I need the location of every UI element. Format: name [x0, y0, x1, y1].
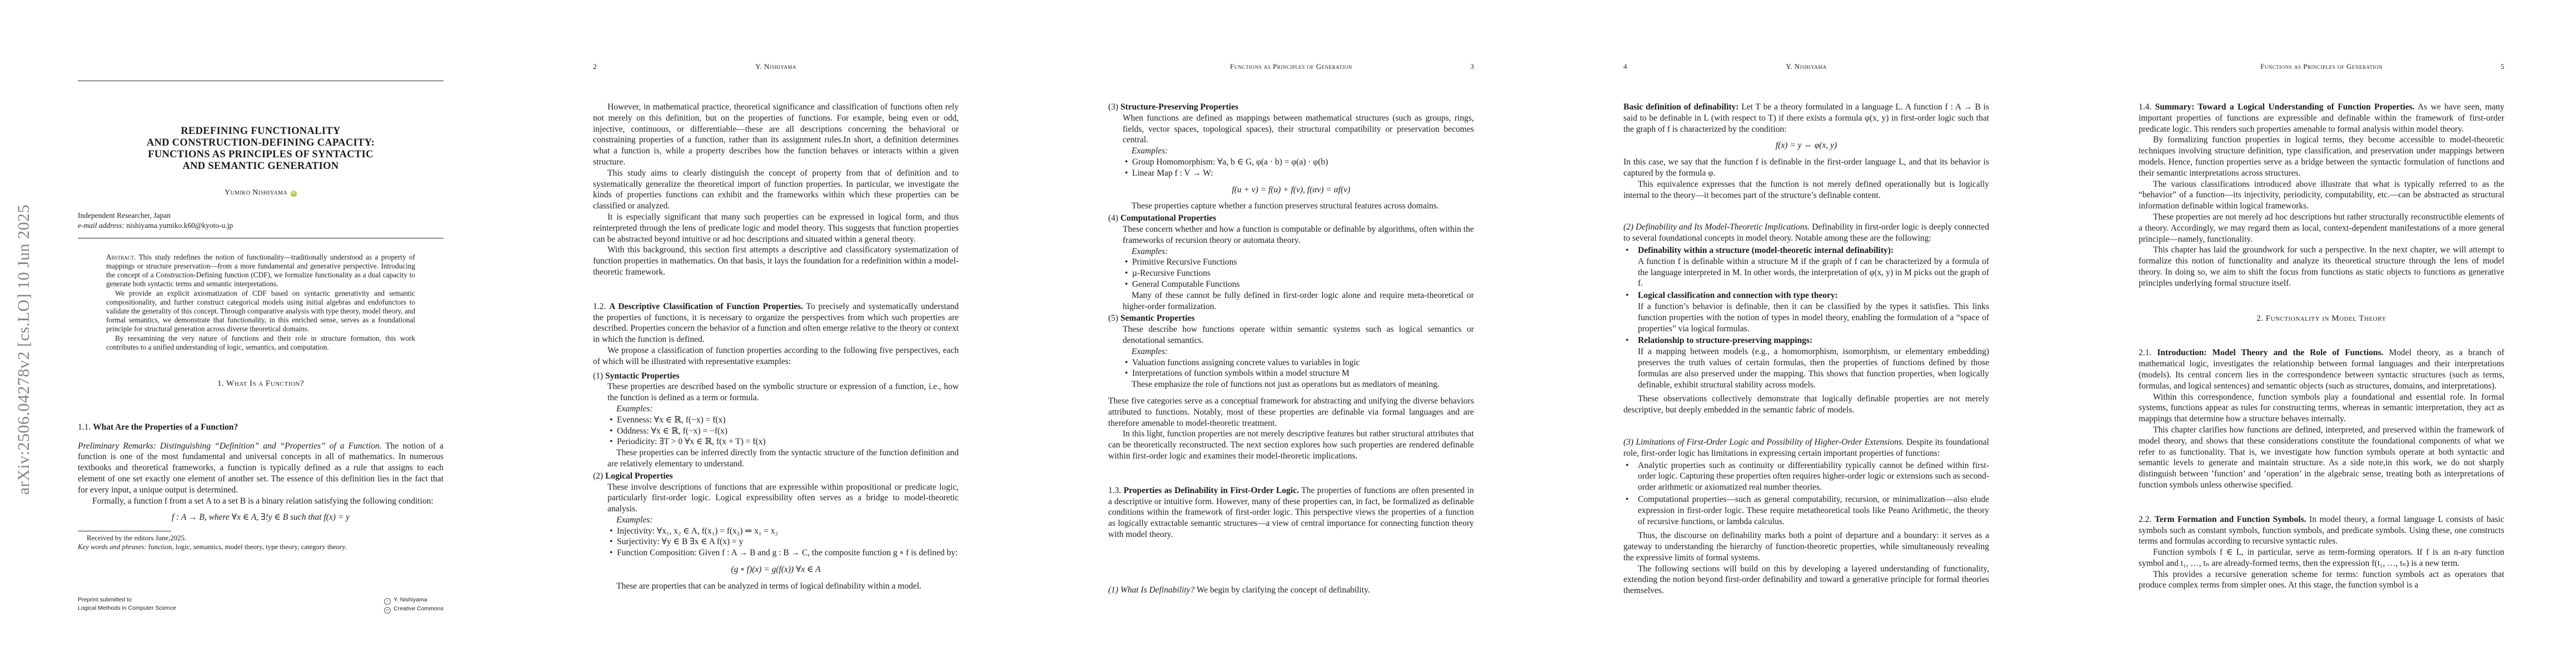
paragraph-lead: (3) Limitations of First-Order Logic and… [1623, 437, 1904, 447]
bullet-item: •Valuation functions assigning concrete … [1125, 357, 1474, 369]
bullet-item: •Computational properties—such as genera… [1626, 494, 1989, 527]
abstract-paragraph: We provide an explicit axiomatization of… [106, 289, 415, 334]
list-item-note: These properties can be inferred directl… [607, 447, 959, 470]
subsection-title: A Descriptive Classification of Function… [609, 302, 803, 311]
subsection-title: Introduction: Model Theory and the Role … [2157, 348, 2383, 357]
paragraph: This study aims to clearly distinguish t… [593, 168, 959, 212]
display-formula: (g ∘ f)(x) = g(f(x)) ∀x ∈ A [593, 564, 959, 575]
page-header: Functions as Principles of Generation5 [2139, 62, 2504, 72]
subsection-heading-paragraph: 2.2. Term Formation and Function Symbols… [2139, 514, 2504, 547]
section-heading: 1. What Is a Function? [78, 379, 444, 390]
bullet-text: If a function’s behavior is definable, t… [1638, 301, 1989, 334]
bullet-item: •Relationship to structure-preserving ma… [1626, 335, 1989, 390]
page-body: Basic definition of definability: Let T … [1623, 102, 1989, 596]
paper-title-line: REDEFINING FUNCTIONALITY [78, 126, 444, 137]
bullet-icon: • [1626, 290, 1628, 301]
running-head: Y. Nishiyama [1623, 62, 1989, 71]
subsubsection-paragraph: (3) Limitations of First-Order Logic and… [1623, 437, 1989, 459]
subsection-heading-paragraph: 1.4. Summary: Toward a Logical Understan… [2139, 102, 2504, 135]
bullet-text: µ-Recursive Functions [1132, 268, 1210, 278]
bullet-text: Surjectivity: ∀y ∈ B ∃x ∈ A f(x) = y [617, 537, 743, 546]
footer-left-line: Preprint submitted to [78, 596, 176, 604]
paragraph: In this case, we say that the function f… [1623, 157, 1989, 179]
examples-label: Examples: [1132, 346, 1474, 357]
page-3: Functions as Principles of Generation3(3… [1030, 0, 1546, 667]
paper-title: REDEFINING FUNCTIONALITYAND CONSTRUCTION… [78, 126, 444, 172]
bullet-icon: • [1125, 157, 1128, 168]
subsection-title: Term Formation and Function Symbols. [2155, 515, 2306, 524]
bullet-icon: • [1125, 257, 1128, 268]
bullet-item: •Linear Map f : V → W: [1125, 168, 1474, 179]
footer-left: Preprint submitted toLogical Methods in … [78, 596, 176, 613]
paragraph: Within this correspondence, function sym… [2139, 392, 2504, 425]
page-header: 2Y. Nishiyama [593, 62, 959, 72]
author-email: e-mail address: nishiyama.yumiko.k60@kyo… [78, 221, 444, 230]
bullet-icon: • [1125, 268, 1128, 279]
bullet-text: A function f is definable within a struc… [1638, 256, 1989, 289]
bullet-icon: • [1125, 357, 1128, 369]
paragraph: These properties are not merely ad hoc d… [2139, 212, 2504, 245]
list-item-heading: (1) Syntactic Properties [593, 371, 959, 382]
list-item-body: These properties are described based on … [607, 381, 959, 404]
document-canvas: REDEFINING FUNCTIONALITYAND CONSTRUCTION… [0, 0, 2576, 667]
display-formula: f(u + v) = f(u) + f(v), f(αv) = αf(v) [1108, 185, 1474, 196]
page-number: 5 [2501, 62, 2505, 71]
paragraph: With this background, this section first… [593, 245, 959, 277]
list-item-heading: (5) Semantic Properties [1108, 313, 1474, 324]
footer-left-line: Logical Methods in Computer Science [78, 604, 176, 613]
bullet-item: •Periodicity: ∃T > 0 ∀x ∈ ℝ, f(x + T) = … [610, 436, 959, 447]
bullet-icon: • [1626, 494, 1628, 505]
page-4: 4Y. NishiyamaBasic definition of definab… [1546, 0, 2061, 667]
list-item-note: Many of these cannot be fully defined in… [1123, 290, 1474, 312]
bullet-icon: • [1125, 368, 1128, 379]
bullet-item: •µ-Recursive Functions [1125, 268, 1474, 279]
examples-label: Examples: [1132, 146, 1474, 157]
bullet-icon: • [1626, 335, 1628, 346]
subsubsection-paragraph: (2) Definability and Its Model-Theoretic… [1623, 222, 1989, 244]
bullet-text: Group Homomorphism: ∀a, b ∈ G, φ(a · b) … [1132, 157, 1328, 167]
cc-icon: cc [384, 607, 391, 614]
paper-title-line: AND SEMANTIC GENERATION [78, 161, 444, 172]
bullet-item: •Analytic properties such as continuity … [1626, 460, 1989, 493]
running-head: Y. Nishiyama [593, 62, 959, 71]
paragraph: This equivalence expresses that the func… [1623, 179, 1989, 201]
bullet-text: Periodicity: ∃T > 0 ∀x ∈ ℝ, f(x + T) = f… [617, 437, 766, 446]
examples-label: Examples: [616, 515, 959, 526]
page-number: 3 [1471, 62, 1474, 71]
paragraph: This provides a recursive generation sch… [2139, 569, 2504, 591]
paragraph: These five categories serve as a concept… [1108, 396, 1474, 429]
bullet-item: •Logical classification and connection w… [1626, 290, 1989, 334]
list-item-title: Syntactic Properties [605, 371, 680, 381]
page-5: Functions as Principles of Generation51.… [2061, 0, 2576, 667]
list-item-title: Logical Properties [605, 471, 673, 481]
footnote-line: Received by the editors June,2025. [78, 534, 444, 542]
list-item-number: (4) [1108, 213, 1120, 223]
paragraph: Formally, a function f from a set A to a… [78, 496, 444, 507]
subsection-number: 1.2. [593, 302, 609, 311]
page-2: 2Y. NishiyamaHowever, in mathematical pr… [515, 0, 1030, 667]
paragraph: It is especially significant that many s… [593, 212, 959, 245]
subsection-number: 1.1. [78, 422, 93, 432]
bullet-text: If a mapping between models (e.g., a hom… [1638, 346, 1989, 390]
copyright-icon: c [384, 598, 391, 605]
paragraph: However, in mathematical practice, theor… [593, 102, 959, 168]
bullet-item: •Definability within a structure (model-… [1626, 245, 1989, 289]
bullet-icon: • [610, 436, 612, 447]
paragraph: We propose a classification of function … [593, 345, 959, 367]
paragraph-lead: (1) What Is Definability? [1108, 585, 1194, 595]
paragraph: Preliminary Remarks: Distinguishing “Def… [78, 441, 444, 496]
subsection-title: Summary: Toward a Logical Understanding … [2155, 102, 2415, 112]
arxiv-watermark: arXiv:2506.04278v2 [cs.LO] 10 Jun 2025 [14, 166, 33, 533]
subsection-title: Properties as Definability in First-Orde… [1124, 486, 1299, 495]
bullet-item: •Evenness: ∀x ∈ ℝ, f(−x) = f(x) [610, 415, 959, 426]
list-item-heading: (4) Computational Properties [1108, 213, 1474, 224]
list-item-note: These are properties that can be analyze… [607, 581, 959, 592]
paragraph: Thus, the discourse on definability mark… [1623, 530, 1989, 563]
list-item-note: These emphasize the role of functions no… [1123, 379, 1474, 390]
bullet-icon: • [1626, 460, 1628, 471]
title-rule [78, 238, 444, 238]
paper-title-line: AND CONSTRUCTION-DEFINING CAPACITY: [78, 137, 444, 149]
paragraph: In this light, function properties are n… [1108, 429, 1474, 461]
subsection-heading-paragraph: 1.2. A Descriptive Classification of Fun… [593, 301, 959, 345]
footer-right-line: ccCreative Commons [384, 605, 444, 614]
bullet-item: •Surjectivity: ∀y ∈ B ∃x ∈ A f(x) = y [610, 536, 959, 547]
bullet-heading: Relationship to structure-preserving map… [1638, 335, 1989, 346]
bullet-text: Computational properties—such as general… [1638, 494, 1989, 527]
footnote-rule [78, 531, 171, 531]
subsection-number: 2.1. [2139, 348, 2157, 357]
paragraph-lead: (2) Definability and Its Model-Theoretic… [1623, 222, 1810, 232]
list-item-body: These describe how functions operate wit… [1123, 324, 1474, 346]
bullet-item: •General Computable Functions [1125, 279, 1474, 290]
list-item-note: These properties capture whether a funct… [1123, 201, 1474, 212]
footnote-lead: Key words and phrases: [78, 543, 148, 551]
page-1: REDEFINING FUNCTIONALITYAND CONSTRUCTION… [0, 0, 515, 667]
page-body: REDEFINING FUNCTIONALITYAND CONSTRUCTION… [78, 81, 444, 551]
paragraph: These observations collectively demonstr… [1623, 394, 1989, 416]
abstract-paragraph: Abstract. This study redefines the notio… [106, 253, 415, 289]
list-item-number: (5) [1108, 313, 1120, 323]
bullet-icon: • [1125, 168, 1128, 179]
section-heading: 2. Functionality in Model Theory [2139, 313, 2504, 325]
bullet-icon: • [610, 426, 612, 437]
list-item-title: Semantic Properties [1120, 313, 1195, 323]
page-body: However, in mathematical practice, theor… [593, 102, 959, 592]
author-affiliation: Independent Researcher, Japan [78, 211, 444, 220]
bullet-heading: Logical classification and connection wi… [1638, 290, 1989, 301]
page-header: Functions as Principles of Generation3 [1108, 62, 1474, 72]
bullet-icon: • [610, 415, 612, 426]
subsection-heading-paragraph: 1.1. What Are the Properties of a Functi… [78, 422, 444, 433]
list-item-heading: (3) Structure-Preserving Properties [1108, 102, 1474, 113]
subsection-heading-paragraph: 2.1. Introduction: Model Theory and the … [2139, 347, 2504, 391]
bullet-item: •Group Homomorphism: ∀a, b ∈ G, φ(a · b)… [1125, 157, 1474, 168]
bullet-item: •Oddness: ∀x ∈ ℝ, f(−x) = −f(x) [610, 426, 959, 437]
bullet-text: Interpretations of function symbols with… [1132, 369, 1349, 378]
subsection-number: 1.4. [2139, 102, 2155, 112]
subsubsection-paragraph: (1) What Is Definability? We begin by cl… [1108, 585, 1474, 596]
list-item-title: Structure-Preserving Properties [1120, 102, 1238, 112]
paragraph: The following sections will build on thi… [1623, 564, 1989, 596]
page-header: 4Y. Nishiyama [1623, 62, 1989, 72]
email-label: e-mail address: [78, 221, 126, 230]
footer-right: cY. NishiyamaccCreative Commons [384, 596, 444, 614]
list-item-title: Computational Properties [1120, 213, 1216, 223]
paragraph: This chapter clarifies how functions are… [2139, 425, 2504, 491]
bullet-text: Valuation functions assigning concrete v… [1132, 358, 1360, 367]
bullet-text: Injectivity: ∀x₁, x₂ ∈ A, f(x₁) = f(x₂) … [617, 526, 778, 536]
author-name: Yumiko Nishiyama [225, 188, 287, 197]
bullet-icon: • [610, 547, 612, 559]
display-formula: f(x) = y ⇔ φ(x, y) [1623, 140, 1989, 151]
examples-label: Examples: [1132, 246, 1474, 257]
bullet-item: •Interpretations of function symbols wit… [1125, 368, 1474, 379]
paragraph-lead: Preliminary Remarks: Distinguishing “Def… [78, 441, 382, 451]
page-body: 1.4. Summary: Toward a Logical Understan… [2139, 102, 2504, 591]
bullet-text: Evenness: ∀x ∈ ℝ, f(−x) = f(x) [617, 415, 725, 425]
bullet-icon: • [1125, 279, 1128, 290]
bullet-icon: • [1626, 245, 1628, 256]
page-body: (3) Structure-Preserving PropertiesWhen … [1108, 102, 1474, 595]
subsection-number: 2.2. [2139, 515, 2155, 524]
subsection-title: What Are the Properties of a Function? [93, 422, 238, 432]
footer-right-line: cY. Nishiyama [384, 596, 444, 605]
examples-label: Examples: [616, 404, 959, 415]
orcid-icon: iD [291, 191, 297, 197]
abstract-label: Abstract. [106, 253, 136, 261]
paragraph: By formalizing function properties in lo… [2139, 135, 2504, 178]
bullet-item: •Injectivity: ∀x₁, x₂ ∈ A, f(x₁) = f(x₂)… [610, 526, 959, 537]
running-head: Functions as Principles of Generation [1108, 62, 1474, 71]
bullet-item: •Primitive Recursive Functions [1125, 257, 1474, 268]
list-item-number: (2) [593, 471, 605, 481]
paragraph-lead: Basic definition of definability: [1623, 102, 1738, 112]
running-head: Functions as Principles of Generation [2139, 62, 2504, 71]
bullet-text: Linear Map f : V → W: [1132, 168, 1213, 178]
bullet-icon: • [610, 536, 612, 547]
list-item-body: When functions are defined as mappings b… [1123, 113, 1474, 146]
footnote-line: Key words and phrases: function, logic, … [78, 542, 444, 551]
paragraph: Basic definition of definability: Let T … [1623, 102, 1989, 135]
bullet-text: Function Composition: Given f : A → B an… [617, 548, 958, 558]
paragraph: The various classifications introduced a… [2139, 179, 2504, 212]
list-item-number: (1) [593, 371, 605, 381]
abstract-paragraph: By reexamining the very nature of functi… [106, 334, 415, 352]
subsection-heading-paragraph: 1.3. Properties as Definability in First… [1108, 485, 1474, 540]
bullet-text: Primitive Recursive Functions [1132, 257, 1237, 267]
author-line: Yumiko NishiyamaiD [78, 187, 444, 198]
subsection-number: 1.3. [1108, 486, 1124, 495]
bullet-icon: • [610, 526, 612, 537]
title-rule [78, 81, 444, 81]
list-item-number: (3) [1108, 102, 1120, 112]
bullet-text: Analytic properties such as continuity o… [1638, 460, 1989, 493]
paragraph: Function symbols f ∈ L, in particular, s… [2139, 547, 2504, 569]
bullet-heading: Definability within a structure (model-t… [1638, 245, 1989, 256]
list-item-body: These involve descriptions of functions … [607, 482, 959, 515]
bullet-text: General Computable Functions [1132, 280, 1240, 289]
display-formula: f : A → B, where ∀x ∈ A, ∃!y ∈ B such th… [78, 512, 444, 523]
bullet-text: Oddness: ∀x ∈ ℝ, f(−x) = −f(x) [617, 426, 728, 436]
list-item-heading: (2) Logical Properties [593, 471, 959, 482]
bullet-item: •Function Composition: Given f : A → B a… [610, 547, 959, 559]
paragraph: This chapter has laid the groundwork for… [2139, 245, 2504, 288]
paper-title-line: FUNCTIONS AS PRINCIPLES OF SYNTACTIC [78, 149, 444, 161]
list-item-body: These concern whether and how a function… [1123, 224, 1474, 246]
